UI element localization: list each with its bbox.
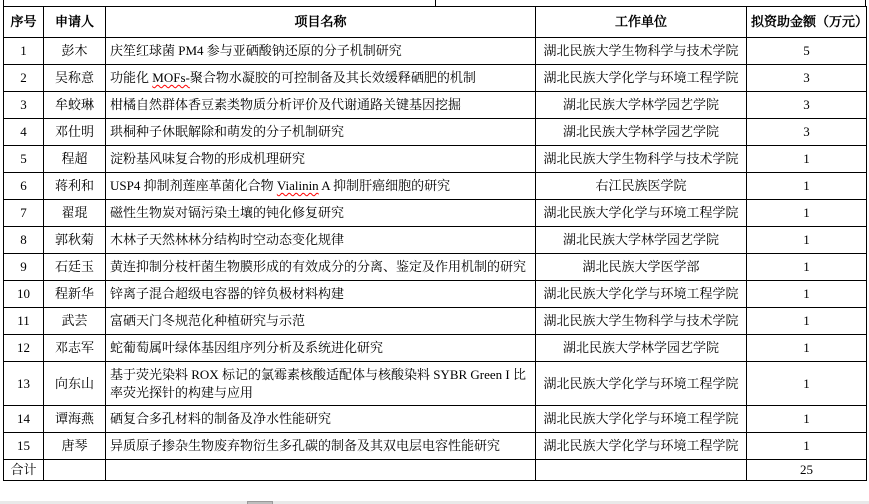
project-text: 珙桐种子休眠解除和萌发的分子机制研究 bbox=[110, 124, 344, 139]
total-amount: 25 bbox=[747, 460, 867, 481]
header-serial-number: 序号 bbox=[4, 7, 44, 38]
total-empty-cell bbox=[106, 460, 536, 481]
row-serial-number: 11 bbox=[4, 308, 44, 335]
header-funding-amount: 拟资助金额（万元） bbox=[747, 7, 867, 38]
table-row: 14 谭海燕 硒复合多孔材料的制备及净水性能研究 湖北民族大学化学与环境工程学院… bbox=[4, 406, 867, 433]
project-text: 功能化 bbox=[110, 70, 152, 85]
project-text: A 抑制肝癌细胞的研究 bbox=[319, 178, 450, 193]
applicant-name: 邓志军 bbox=[44, 335, 106, 362]
work-unit: 右江民族医学院 bbox=[536, 173, 747, 200]
project-title: 木林子天然林林分结构时空动态变化规律 bbox=[106, 227, 536, 254]
project-title: 基于荧光染料 ROX 标记的氯霉素核酸适配体与核酸染料 SYBR Green I… bbox=[106, 362, 536, 406]
work-unit: 湖北民族大学医学部 bbox=[536, 254, 747, 281]
row-serial-number: 14 bbox=[4, 406, 44, 433]
total-empty-cell bbox=[536, 460, 747, 481]
applicant-name: 武芸 bbox=[44, 308, 106, 335]
applicant-name: 唐琴 bbox=[44, 433, 106, 460]
work-unit: 湖北民族大学林学园艺学院 bbox=[536, 92, 747, 119]
table-row: 3 牟蛟琳 柑橘自然群体香豆素类物质分析评价及代谢通路关键基因挖掘 湖北民族大学… bbox=[4, 92, 867, 119]
funding-amount: 1 bbox=[747, 173, 867, 200]
applicant-name: 蒋利和 bbox=[44, 173, 106, 200]
table-row: 11 武芸 富硒天门冬规范化种植研究与示范 湖北民族大学生物科学与技术学院 1 bbox=[4, 308, 867, 335]
table-row: 5 程超 淀粉基风味复合物的形成机理研究 湖北民族大学生物科学与技术学院 1 bbox=[4, 146, 867, 173]
funding-table: 序号 申请人 项目名称 工作单位 拟资助金额（万元） 1 彭木 庆笙红球菌 PM… bbox=[3, 6, 867, 481]
funding-amount: 1 bbox=[747, 362, 867, 406]
project-title: 富硒天门冬规范化种植研究与示范 bbox=[106, 308, 536, 335]
row-serial-number: 5 bbox=[4, 146, 44, 173]
table-row: 15 唐琴 异质原子掺杂生物废弃物衍生多孔碳的制备及其双电层电容性能研究 湖北民… bbox=[4, 433, 867, 460]
funding-amount: 1 bbox=[747, 308, 867, 335]
applicant-name: 吴称意 bbox=[44, 65, 106, 92]
project-text: 柑橘自然群体香豆素类物质分析评价及代谢通路关键基因挖掘 bbox=[110, 97, 461, 112]
applicant-name: 程新华 bbox=[44, 281, 106, 308]
work-unit: 湖北民族大学生物科学与技术学院 bbox=[536, 146, 747, 173]
project-title: 黄连抑制分枝杆菌生物膜形成的有效成分的分离、鉴定及作用机制的研究 bbox=[106, 254, 536, 281]
project-text: 蛇葡萄属叶绿体基因组序列分析及系统进化研究 bbox=[110, 340, 383, 355]
applicant-name: 程超 bbox=[44, 146, 106, 173]
project-title: 珙桐种子休眠解除和萌发的分子机制研究 bbox=[106, 119, 536, 146]
project-text: 异质原子掺杂生物废弃物衍生多孔碳的制备及其双电层电容性能研究 bbox=[110, 438, 500, 453]
project-text: USP4 抑制剂莲座革菌化合物 bbox=[110, 178, 277, 193]
project-title: 异质原子掺杂生物废弃物衍生多孔碳的制备及其双电层电容性能研究 bbox=[106, 433, 536, 460]
row-serial-number: 15 bbox=[4, 433, 44, 460]
total-row: 合计 25 bbox=[4, 460, 867, 481]
work-unit: 湖北民族大学化学与环境工程学院 bbox=[536, 362, 747, 406]
row-serial-number: 1 bbox=[4, 38, 44, 65]
project-title: 柑橘自然群体香豆素类物质分析评价及代谢通路关键基因挖掘 bbox=[106, 92, 536, 119]
applicant-name: 石廷玉 bbox=[44, 254, 106, 281]
project-title: USP4 抑制剂莲座革菌化合物 Vialinin A 抑制肝癌细胞的研究 bbox=[106, 173, 536, 200]
work-unit: 湖北民族大学化学与环境工程学院 bbox=[536, 281, 747, 308]
funding-amount: 3 bbox=[747, 119, 867, 146]
project-text: 硒复合多孔材料的制备及净水性能研究 bbox=[110, 411, 331, 426]
funding-amount: 1 bbox=[747, 281, 867, 308]
table-row: 12 邓志军 蛇葡萄属叶绿体基因组序列分析及系统进化研究 湖北民族大学林学园艺学… bbox=[4, 335, 867, 362]
header-row: 序号 申请人 项目名称 工作单位 拟资助金额（万元） bbox=[4, 7, 867, 38]
table-row: 2 吴称意 功能化 MOFs-聚合物水凝胶的可控制备及其长效缓释硒肥的机制 湖北… bbox=[4, 65, 867, 92]
table-row: 13 向东山 基于荧光染料 ROX 标记的氯霉素核酸适配体与核酸染料 SYBR … bbox=[4, 362, 867, 406]
row-serial-number: 4 bbox=[4, 119, 44, 146]
work-unit: 湖北民族大学林学园艺学院 bbox=[536, 119, 747, 146]
applicant-name: 牟蛟琳 bbox=[44, 92, 106, 119]
table-row: 7 翟琨 磁性生物炭对镉污染土壤的钝化修复研究 湖北民族大学化学与环境工程学院 … bbox=[4, 200, 867, 227]
table-row: 10 程新华 锌离子混合超级电容器的锌负极材料构建 湖北民族大学化学与环境工程学… bbox=[4, 281, 867, 308]
project-title: 庆笙红球菌 PM4 参与亚硒酸钠还原的分子机制研究 bbox=[106, 38, 536, 65]
table-row: 1 彭木 庆笙红球菌 PM4 参与亚硒酸钠还原的分子机制研究 湖北民族大学生物科… bbox=[4, 38, 867, 65]
applicant-name: 郭秋菊 bbox=[44, 227, 106, 254]
work-unit: 湖北民族大学化学与环境工程学院 bbox=[536, 433, 747, 460]
total-label: 合计 bbox=[4, 460, 44, 481]
project-text: 基于荧光染料 ROX 标记的氯霉素核酸适配体与核酸染料 SYBR Green I… bbox=[110, 367, 526, 400]
row-serial-number: 12 bbox=[4, 335, 44, 362]
row-serial-number: 2 bbox=[4, 65, 44, 92]
funding-amount: 3 bbox=[747, 65, 867, 92]
funding-amount: 3 bbox=[747, 92, 867, 119]
funding-amount: 1 bbox=[747, 433, 867, 460]
header-project-name: 项目名称 bbox=[106, 7, 536, 38]
project-title: 磁性生物炭对镉污染土壤的钝化修复研究 bbox=[106, 200, 536, 227]
project-title: 锌离子混合超级电容器的锌负极材料构建 bbox=[106, 281, 536, 308]
project-text: 锌离子混合超级电容器的锌负极材料构建 bbox=[110, 286, 344, 301]
applicant-name: 彭木 bbox=[44, 38, 106, 65]
applicant-name: 邓仕明 bbox=[44, 119, 106, 146]
row-serial-number: 8 bbox=[4, 227, 44, 254]
work-unit: 湖北民族大学化学与环境工程学院 bbox=[536, 406, 747, 433]
project-title: 蛇葡萄属叶绿体基因组序列分析及系统进化研究 bbox=[106, 335, 536, 362]
row-serial-number: 10 bbox=[4, 281, 44, 308]
applicant-name: 谭海燕 bbox=[44, 406, 106, 433]
work-unit: 湖北民族大学林学园艺学院 bbox=[536, 335, 747, 362]
work-unit: 湖北民族大学生物科学与技术学院 bbox=[536, 38, 747, 65]
funding-amount: 1 bbox=[747, 406, 867, 433]
work-unit: 湖北民族大学化学与环境工程学院 bbox=[536, 65, 747, 92]
project-title: 功能化 MOFs-聚合物水凝胶的可控制备及其长效缓释硒肥的机制 bbox=[106, 65, 536, 92]
row-serial-number: 3 bbox=[4, 92, 44, 119]
applicant-name: 翟琨 bbox=[44, 200, 106, 227]
table-row: 9 石廷玉 黄连抑制分枝杆菌生物膜形成的有效成分的分离、鉴定及作用机制的研究 湖… bbox=[4, 254, 867, 281]
spellcheck-underlined-text: Vialinin bbox=[277, 178, 319, 193]
total-empty-cell bbox=[44, 460, 106, 481]
header-applicant: 申请人 bbox=[44, 7, 106, 38]
row-serial-number: 13 bbox=[4, 362, 44, 406]
project-text: 黄连抑制分枝杆菌生物膜形成的有效成分的分离、鉴定及作用机制的研究 bbox=[110, 259, 526, 274]
table-row: 8 郭秋菊 木林子天然林林分结构时空动态变化规律 湖北民族大学林学园艺学院 1 bbox=[4, 227, 867, 254]
project-title: 淀粉基风味复合物的形成机理研究 bbox=[106, 146, 536, 173]
applicant-name: 向东山 bbox=[44, 362, 106, 406]
row-serial-number: 7 bbox=[4, 200, 44, 227]
document-page: 序号 申请人 项目名称 工作单位 拟资助金额（万元） 1 彭木 庆笙红球菌 PM… bbox=[0, 0, 869, 504]
project-text: 聚合物水凝胶的可控制备及其长效缓释硒肥的机制 bbox=[190, 70, 476, 85]
spellcheck-underlined-text: MOFs- bbox=[152, 70, 190, 85]
header-work-unit: 工作单位 bbox=[536, 7, 747, 38]
funding-amount: 1 bbox=[747, 146, 867, 173]
table-row: 4 邓仕明 珙桐种子休眠解除和萌发的分子机制研究 湖北民族大学林学园艺学院 3 bbox=[4, 119, 867, 146]
row-serial-number: 9 bbox=[4, 254, 44, 281]
table-row: 6 蒋利和 USP4 抑制剂莲座革菌化合物 Vialinin A 抑制肝癌细胞的… bbox=[4, 173, 867, 200]
work-unit: 湖北民族大学生物科学与技术学院 bbox=[536, 308, 747, 335]
funding-amount: 1 bbox=[747, 254, 867, 281]
row-serial-number: 6 bbox=[4, 173, 44, 200]
project-text: 淀粉基风味复合物的形成机理研究 bbox=[110, 151, 305, 166]
work-unit: 湖北民族大学林学园艺学院 bbox=[536, 227, 747, 254]
funding-amount: 5 bbox=[747, 38, 867, 65]
funding-amount: 1 bbox=[747, 227, 867, 254]
project-text: 富硒天门冬规范化种植研究与示范 bbox=[110, 313, 305, 328]
funding-amount: 1 bbox=[747, 200, 867, 227]
project-text: 庆笙红球菌 PM4 参与亚硒酸钠还原的分子机制研究 bbox=[110, 43, 402, 58]
work-unit: 湖北民族大学化学与环境工程学院 bbox=[536, 200, 747, 227]
funding-amount: 1 bbox=[747, 335, 867, 362]
project-title: 硒复合多孔材料的制备及净水性能研究 bbox=[106, 406, 536, 433]
project-text: 磁性生物炭对镉污染土壤的钝化修复研究 bbox=[110, 205, 344, 220]
project-text: 木林子天然林林分结构时空动态变化规律 bbox=[110, 232, 344, 247]
